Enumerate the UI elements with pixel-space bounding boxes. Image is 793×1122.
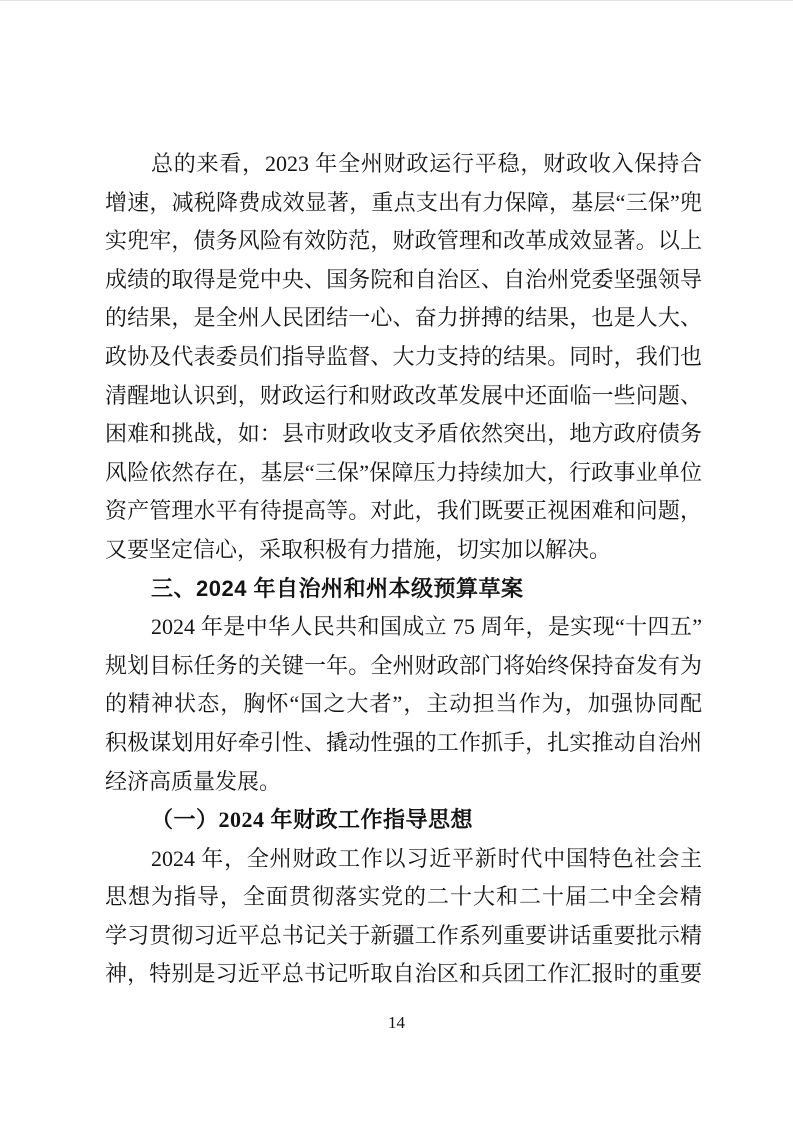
document-page: 总的来看，2023 年全州财政运行平稳，财政收入保持合理 增速，减税降费成效显著…	[0, 0, 793, 1122]
paragraph-line: 思想为指导，全面贯彻落实党的二十大和二十届二中全会精神，	[105, 878, 702, 917]
paragraph-line: 风险依然存在，基层“三保”保障压力持续加大，行政事业单位	[105, 454, 702, 493]
paragraph-line: 困难和挑战，如：县市财政收支矛盾依然突出，地方政府债务	[105, 415, 702, 454]
paragraph-line: 清醒地认识到，财政运行和财政改革发展中还面临一些问题、	[105, 377, 702, 416]
paragraph-line: 实兜牢，债务风险有效防范，财政管理和改革成效显著。以上	[105, 222, 702, 261]
paragraph-line: 政协及代表委员们指导监督、大力支持的结果。同时，我们也	[105, 338, 702, 377]
page-number: 14	[0, 1013, 793, 1033]
paragraph-line: 的结果，是全州人民团结一心、奋力拼搏的结果，也是人大、	[105, 299, 702, 338]
paragraph-line: 又要坚定信心，采取积极有力措施，切实加以解决。	[105, 531, 702, 570]
paragraph-line: 积极谋划用好牵引性、撬动性强的工作抓手，扎实推动自治州	[105, 724, 702, 763]
paragraph-line: 资产管理水平有待提高等。对此，我们既要正视困难和问题，	[105, 492, 702, 531]
paragraph-line: 规划目标任务的关键一年。全州财政部门将始终保持奋发有为	[105, 647, 702, 686]
paragraph-line: 学习贯彻习近平总书记关于新疆工作系列重要讲话重要批示精	[105, 917, 702, 956]
paragraph-line: 增速，减税降费成效显著，重点支出有力保障，基层“三保”兜	[105, 184, 702, 223]
paragraph-line: 2024 年，全州财政工作以习近平新时代中国特色社会主义	[105, 840, 702, 879]
section-heading: 三、2024 年自治州和州本级预算草案	[105, 570, 702, 609]
paragraph-line: 2024 年是中华人民共和国成立 75 周年，是实现“十四五”	[105, 608, 702, 647]
paragraph-line: 神，特别是习近平总书记听取自治区和兵团工作汇报时的重要	[105, 955, 702, 994]
text-body: 总的来看，2023 年全州财政运行平稳，财政收入保持合理 增速，减税降费成效显著…	[105, 145, 702, 994]
paragraph-line: 成绩的取得是党中央、国务院和自治区、自治州党委坚强领导	[105, 261, 702, 300]
paragraph-line: 经济高质量发展。	[105, 763, 702, 802]
subsection-heading: （一）2024 年财政工作指导思想	[105, 801, 702, 840]
paragraph-line: 总的来看，2023 年全州财政运行平稳，财政收入保持合理	[105, 145, 702, 184]
paragraph-line: 的精神状态，胸怀“国之大者”，主动担当作为，加强协同配合，	[105, 685, 702, 724]
